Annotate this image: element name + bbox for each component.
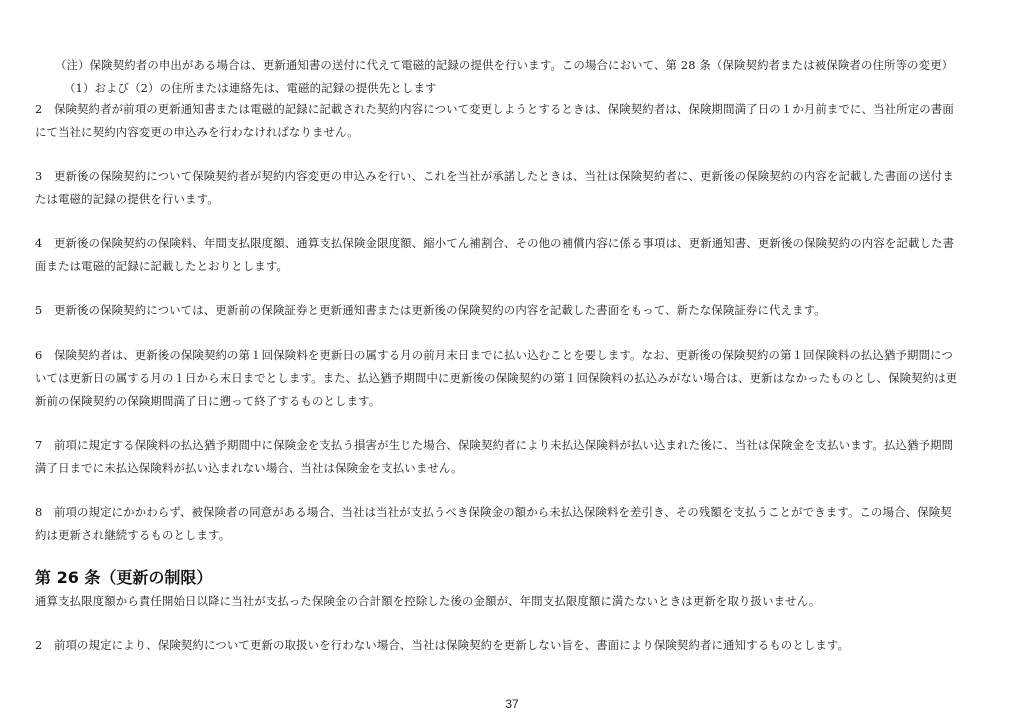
article-26-paragraph-2: 2 前項の規定により、保険契約について更新の取扱いを行わない場合、当社は保険契約… (35, 638, 849, 652)
paragraph-line: 新前の保険契約の保険期間満了日に遡って終了するものとします。 (35, 394, 380, 408)
paragraph-line: いては更新日の属する月の１日から末日までとします。また、払込猶予期間中に更新後の… (35, 371, 957, 385)
paragraph-line: 2 保険契約者が前項の更新通知書または電磁的記録に記載された契約内容について変更… (35, 102, 954, 116)
paragraph-line: たは電磁的記録の提供を行います。 (35, 192, 219, 206)
paragraph-line: 6 保険契約者は、更新後の保険契約の第１回保険料を更新日の属する月の前月末日まで… (35, 348, 953, 362)
note-line-1: （注）保険契約者の申出がある場合は、更新通知書の送付に代えて電磁的記録の提供を行… (55, 58, 953, 72)
paragraph-line: 面または電磁的記録に記載したとおりとします。 (35, 259, 288, 273)
paragraph-line: 5 更新後の保険契約については、更新前の保険証券と更新通知書または更新後の保険契… (35, 303, 826, 317)
paragraph-line: 8 前項の規定にかかわらず、被保険者の同意がある場合、当社は当社が支払うべき保険… (35, 505, 952, 519)
note-line-2: （1）および（2）の住所または連絡先は、電磁的記録の提供先とします (64, 81, 437, 95)
article-26-heading: 第 26 条（更新の制限） (35, 568, 212, 588)
paragraph-line: にて当社に契約内容変更の申込みを行わなければなりません。 (35, 125, 359, 139)
paragraph-line: 7 前項に規定する保険料の払込猶予期間中に保険金を支払う損害が生じた場合、保険契… (35, 438, 953, 452)
paragraph-line: 4 更新後の保険契約の保険料、年間支払限度額、通算支払保険金限度額、縮小てん補割… (35, 236, 954, 250)
page-number: 37 (0, 697, 1024, 711)
paragraph-line: 3 更新後の保険契約について保険契約者が契約内容変更の申込みを行い、これを当社が… (35, 169, 954, 183)
paragraph-line: 満了日までに未払込保険料が払い込まれない場合、当社は保険金を支払いません。 (35, 461, 463, 475)
article-26-paragraph-1: 通算支払限度額から責任開始日以降に当社が支払った保険金の合計額を控除した後の金額… (35, 594, 820, 608)
paragraph-line: 約は更新され継続するものとします。 (35, 528, 230, 542)
